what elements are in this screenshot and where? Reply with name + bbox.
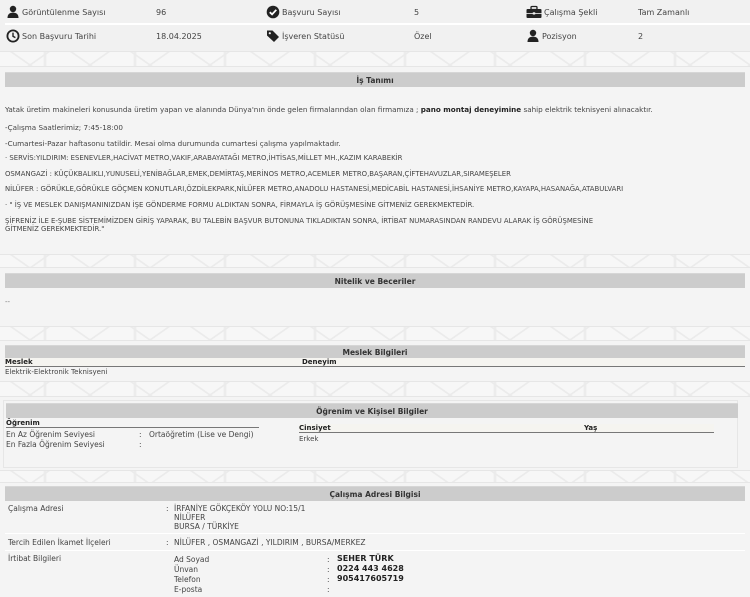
job-intro: Yatak üretim makineleri konusunda üretim… [5, 105, 653, 114]
clock-icon [6, 29, 20, 43]
column-header-education: Öğrenim [6, 419, 40, 428]
check-circle-icon [266, 5, 280, 19]
views-label-cell: Görüntülenme Sayısı [6, 1, 106, 23]
row-divider [5, 550, 745, 551]
tag-icon [266, 29, 280, 43]
contact-title-value: 0224 443 4628 [337, 564, 404, 573]
employer-status-label: İşveren Statüsü [282, 32, 344, 41]
work-address-section: Çalışma Adresi Bilgisi Çalışma Adresi : … [0, 483, 750, 597]
applications-label-cell: Başvuru Sayısı [266, 1, 341, 23]
work-address-line: İRFANİYE GÖKÇEKÖY YOLU NO:15/1 [174, 504, 305, 513]
profession-table-header: Meslek Deneyim [5, 358, 745, 367]
deadline-label-cell: Son Başvuru Tarihi [6, 25, 96, 47]
column-header-experience: Deneyim [302, 358, 337, 367]
section-header: Çalışma Adresi Bilgisi [5, 486, 745, 501]
views-value: 96 [156, 1, 166, 23]
decorative-band [0, 254, 750, 268]
employer-status-label-cell: İşveren Statüsü [266, 25, 344, 47]
description-line: · SERVİS:YILDIRIM: ESENEVLER,HACİVAT MET… [5, 154, 402, 162]
contact-email-label: E-posta [174, 585, 202, 594]
colon: : [327, 585, 330, 594]
positions-label-cell: Pozisyon [526, 25, 577, 47]
section-header: Meslek Bilgileri [5, 345, 745, 358]
description-line: NİLÜFER : GÖRÜKLE,GÖRÜKLE GÖÇMEN KONUTLA… [5, 185, 623, 193]
user-icon [6, 5, 20, 19]
description-line: · " İŞ VE MESLEK DANIŞMANINIZDAN İŞE GÖN… [5, 201, 474, 209]
colon: : [166, 504, 169, 513]
work-address-label: Çalışma Adresi [8, 504, 63, 513]
column-header-gender: Cinsiyet [299, 424, 331, 433]
decorative-band [0, 326, 750, 341]
education-section: Öğrenim ve Kişisel Bilgiler Öğrenim En A… [3, 400, 738, 468]
colon: : [139, 430, 142, 439]
colon: : [166, 538, 169, 547]
decorative-band [0, 51, 750, 67]
contact-title-label: Ünvan [174, 565, 198, 574]
work-type-value: Tam Zamanlı [638, 1, 689, 23]
profession-section: Meslek Bilgileri Meslek Deneyim Elektrik… [0, 341, 750, 381]
decorative-band [0, 470, 750, 483]
profession-value: Elektrik-Elektronik Teknisyeni [5, 368, 107, 376]
contact-name-value: SEHER TÜRK [337, 554, 394, 563]
views-label: Görüntülenme Sayısı [22, 8, 106, 17]
summary-row-2: Son Başvuru Tarihi 18.04.2025 İşveren St… [0, 25, 750, 47]
applications-label: Başvuru Sayısı [282, 8, 341, 17]
column-header-profession: Meslek [5, 358, 33, 367]
contact-name-label: Ad Soyad [174, 555, 209, 564]
section-header: Öğrenim ve Kişisel Bilgiler [6, 403, 738, 418]
description-line: -Çalışma Saatlerimiz; 7:45-18:00 [5, 123, 123, 132]
work-address-line: BURSA / TÜRKİYE [174, 522, 239, 531]
gender-value: Erkek [299, 435, 318, 443]
briefcase-icon [526, 5, 542, 19]
job-description-section: İş Tanımı Yatak üretim makineleri konusu… [0, 67, 750, 254]
colon: : [327, 575, 330, 584]
deadline-label: Son Başvuru Tarihi [22, 32, 96, 41]
positions-label: Pozisyon [542, 32, 577, 41]
qualifications-value: -- [5, 298, 10, 306]
row-divider [5, 533, 745, 534]
work-type-label: Çalışma Şekli [544, 8, 597, 17]
description-line: OSMANGAZİ : KÜÇÜKBALIKLI,YUNUSELİ,YENİBA… [5, 170, 511, 178]
min-education-value: Ortaöğretim (Lise ve Dengi) [149, 430, 254, 439]
colon: : [327, 565, 330, 574]
districts-value: NİLÜFER , OSMANGAZİ , YILDIRIM , BURSA/M… [174, 538, 365, 547]
user-icon [526, 29, 540, 43]
personal-table-header: Cinsiyet Yaş [299, 424, 714, 433]
qualifications-section: Nitelik ve Beceriler -- [0, 268, 750, 326]
contact-phone-value: 905417605719 [337, 574, 404, 583]
min-education-label: En Az Öğrenim Seviyesi [6, 430, 95, 439]
description-line: ŞİFRENİZ İLE E-ŞUBE SİSTEMİMİZDEN GİRİŞ … [5, 217, 593, 225]
education-table-header: Öğrenim [6, 419, 259, 428]
contact-label: İrtibat Bilgileri [8, 554, 61, 563]
job-summary-panel: Görüntülenme Sayısı 96 Başvuru Sayısı 5 … [0, 0, 750, 51]
description-line: -Cumartesi-Pazar haftasonu tatildir. Mes… [5, 139, 341, 148]
districts-label: Tercih Edilen İkamet İlçeleri [8, 538, 111, 547]
section-header: İş Tanımı [5, 72, 745, 87]
work-address-line: NİLÜFER [174, 513, 205, 522]
colon: : [327, 555, 330, 564]
colon: : [139, 440, 142, 449]
employer-status-value: Özel [414, 25, 432, 47]
column-header-age: Yaş [584, 424, 597, 433]
work-type-label-cell: Çalışma Şekli [526, 1, 597, 23]
decorative-band [0, 381, 750, 397]
applications-value: 5 [414, 1, 419, 23]
contact-phone-label: Telefon [174, 575, 201, 584]
deadline-value: 18.04.2025 [156, 25, 202, 47]
section-header: Nitelik ve Beceriler [5, 273, 745, 288]
description-line: GİTMENİZ GEREKMEKTEDİR." [5, 225, 104, 233]
summary-row-1: Görüntülenme Sayısı 96 Başvuru Sayısı 5 … [0, 1, 750, 23]
max-education-label: En Fazla Öğrenim Seviyesi [6, 440, 105, 449]
positions-value: 2 [638, 25, 643, 47]
